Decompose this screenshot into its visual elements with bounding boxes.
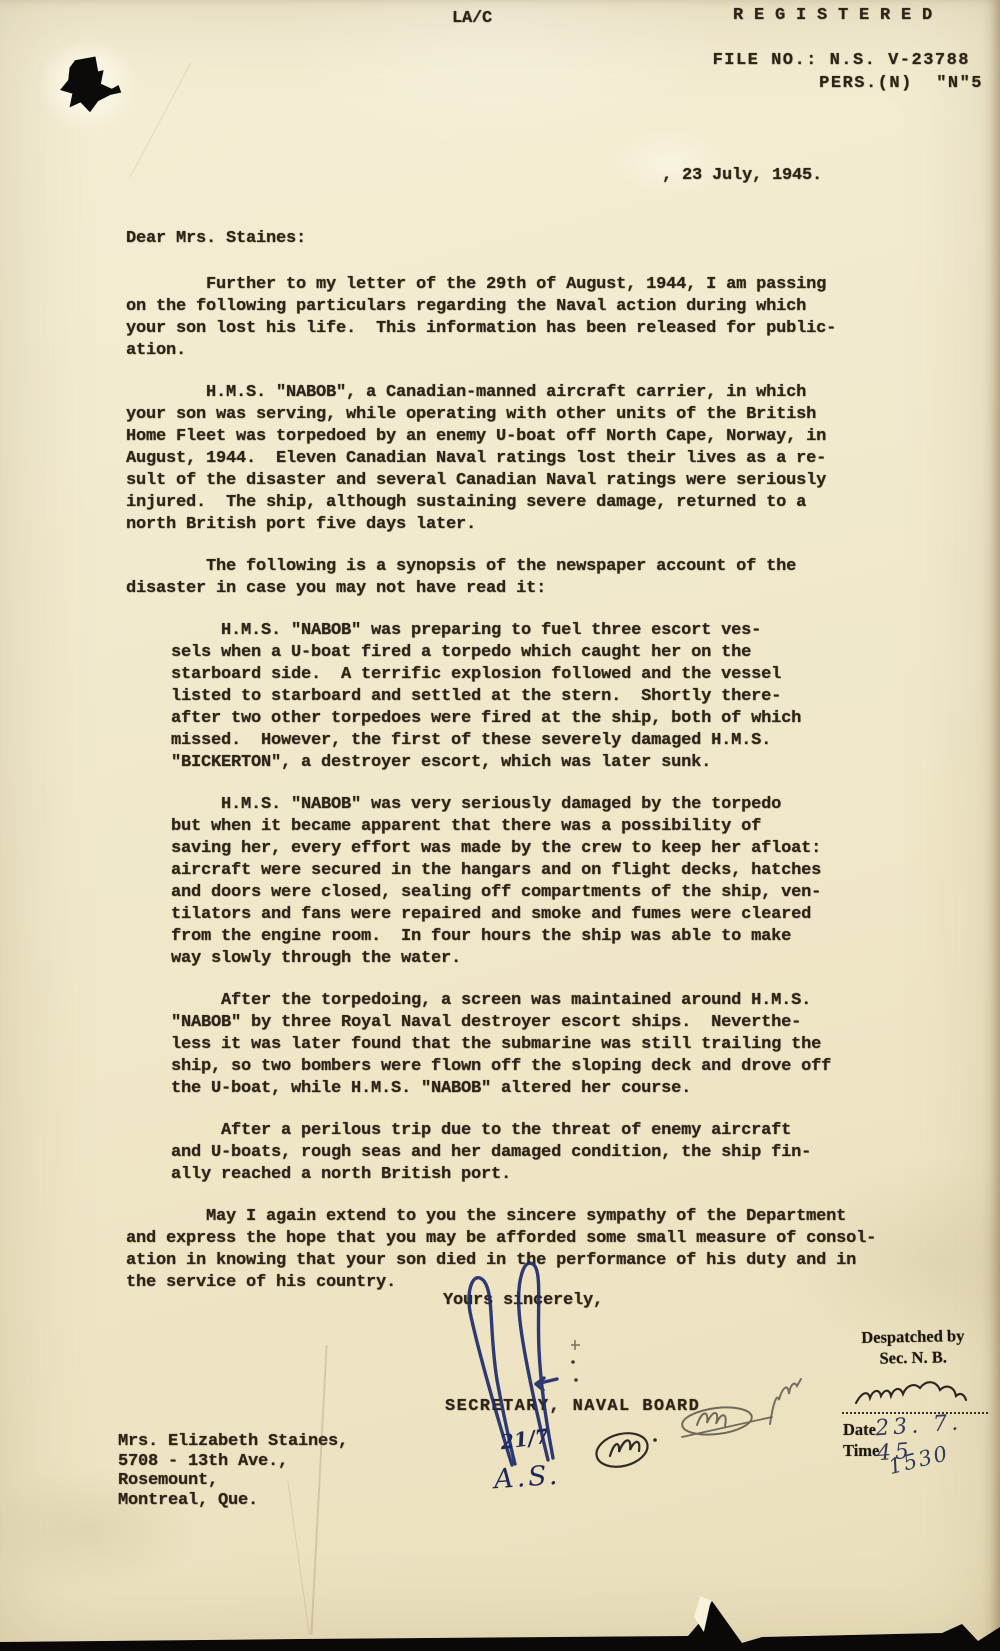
- body-paragraph: Further to my letter of the 29th of Augu…: [126, 274, 966, 362]
- recipient-address: Mrs. Elizabeth Staines, 5708 - 13th Ave.…: [118, 1432, 348, 1510]
- letter-body: Further to my letter of the 29th of Augu…: [126, 274, 966, 1314]
- despatch-stamp-line2: Sec. N. B.: [838, 1346, 988, 1370]
- signer-title: SECRETARY, NAVAL BOARD: [445, 1396, 700, 1418]
- date-label: Date: [843, 1420, 876, 1440]
- ink-dot: [574, 1378, 578, 1382]
- body-paragraph-quote: H.M.S. "NABOB" was very seriously damage…: [171, 794, 966, 970]
- handwritten-received-mark: 21/7: [499, 1424, 551, 1455]
- body-paragraph-quote: After the torpedoing, a screen was maint…: [171, 990, 966, 1100]
- paper-crease: [130, 62, 192, 177]
- time-label: Time: [843, 1441, 879, 1461]
- body-paragraph-quote: H.M.S. "NABOB" was preparing to fuel thr…: [171, 620, 966, 774]
- corner-reference: LA/C: [452, 8, 492, 30]
- pers-reference: PERS.(N) "N"5: [819, 73, 983, 95]
- letter-page: LA/C REGISTERED FILE NO.: N.S. V-23788 P…: [0, 0, 1000, 1651]
- body-paragraph: May I again extend to you the sincere sy…: [126, 1206, 966, 1294]
- body-paragraph-quote: After a perilous trip due to the threat …: [171, 1120, 966, 1186]
- salutation: Dear Mrs. Staines:: [126, 228, 306, 250]
- pencil-monogram: [770, 1379, 801, 1424]
- date-line: , 23 July, 1945.: [662, 165, 822, 187]
- closing-salutation: Yours sincerely,: [443, 1290, 603, 1312]
- registered-stamp: REGISTERED: [733, 5, 943, 27]
- circled-initials-ink: [593, 1428, 657, 1472]
- body-paragraph: The following is a synopsis of the newsp…: [126, 556, 966, 600]
- despatch-stamp: Despatched by Sec. N. B.: [838, 1325, 989, 1370]
- despatch-stamp-line1: Despatched by: [838, 1325, 988, 1349]
- pencil-plus-mark: [571, 1340, 580, 1350]
- file-number: FILE NO.: N.S. V-23788: [713, 50, 970, 72]
- handwritten-initials: A.S.: [493, 1460, 561, 1496]
- body-paragraph: H.M.S. "NABOB", a Canadian-manned aircra…: [126, 382, 966, 536]
- ink-dot: [571, 1360, 575, 1364]
